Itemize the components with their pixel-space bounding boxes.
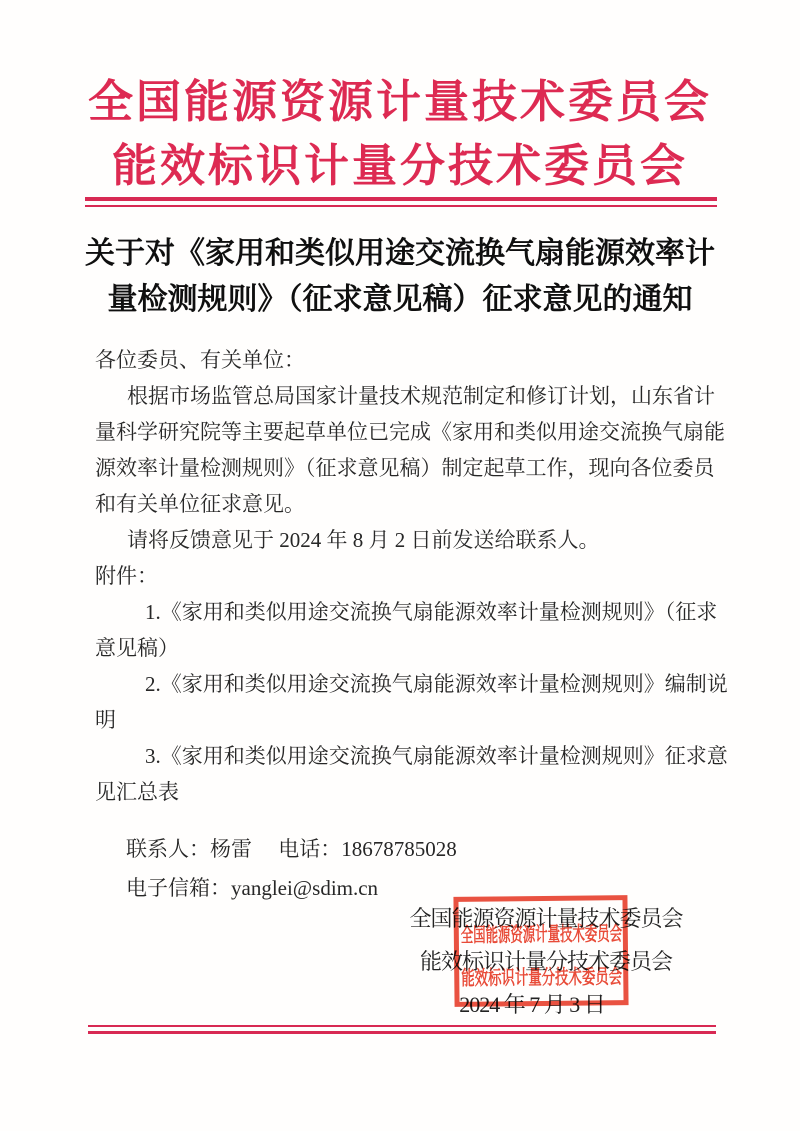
body-line-deadline: 请将反馈意见于 2024 年 8 月 2 日前发送给联系人。 xyxy=(95,522,728,558)
notice-body: 各位委员、有关单位： 根据市场监管总局国家计量技术规范制定和修订计划，山东省计 … xyxy=(95,342,728,810)
notice-title: 关于对《家用和类似用途交流换气扇能源效率计 量检测规则》（征求意见稿）征求意见的… xyxy=(0,231,800,323)
official-stamp: 全国能源资源计量技术委员会 能效标识计量分技术委员会 xyxy=(453,895,628,1007)
body-line: 和有关单位征求意见。 xyxy=(95,486,728,522)
body-line: 量科学研究院等主要起草单位已完成《家用和类似用途交流换气扇能 xyxy=(95,414,728,450)
masthead-line-2: 能效标识计量分技术委员会 xyxy=(0,134,800,198)
masthead-line-1: 全国能源资源计量技术委员会 xyxy=(0,70,800,134)
masthead-rule-thick xyxy=(85,197,717,201)
notice-title-line-2: 量检测规则》（征求意见稿）征求意见的通知 xyxy=(0,277,800,323)
attachment-item-1-cont: 意见稿） xyxy=(95,630,728,666)
masthead-rule-thin xyxy=(85,205,717,207)
scanned-notice-page: 全国能源资源计量技术委员会 能效标识计量分技术委员会 关于对《家用和类似用途交流… xyxy=(0,0,800,1131)
attachment-item-2: 2.《家用和类似用途交流换气扇能源效率计量检测规则》编制说 xyxy=(95,666,728,702)
body-line-attachments-heading: 附件： xyxy=(95,558,728,594)
notice-title-line-1: 关于对《家用和类似用途交流换气扇能源效率计 xyxy=(0,231,800,277)
footer-rule-thin xyxy=(88,1025,716,1027)
footer-rule-thick xyxy=(88,1031,716,1034)
body-line: 源效率计量检测规则》（征求意见稿）制定起草工作，现向各位委员 xyxy=(95,450,728,486)
attachment-item-1: 1.《家用和类似用途交流换气扇能源效率计量检测规则》（征求 xyxy=(95,594,728,630)
body-line: 根据市场监管总局国家计量技术规范制定和修订计划，山东省计 xyxy=(95,378,728,414)
body-line-salutation: 各位委员、有关单位： xyxy=(95,342,728,378)
committee-masthead: 全国能源资源计量技术委员会 能效标识计量分技术委员会 xyxy=(0,70,800,198)
stamp-text-line-1: 全国能源资源计量技术委员会 xyxy=(461,917,622,948)
attachment-item-3-cont: 见汇总表 xyxy=(95,774,728,810)
attachment-item-2-cont: 明 xyxy=(95,702,728,738)
stamp-text-line-2: 能效标识计量分技术委员会 xyxy=(461,960,622,991)
contact-person-phone: 联系人：杨雷 电话：18678785028 xyxy=(126,830,457,869)
attachment-item-3: 3.《家用和类似用途交流换气扇能源效率计量检测规则》征求意 xyxy=(95,738,728,774)
